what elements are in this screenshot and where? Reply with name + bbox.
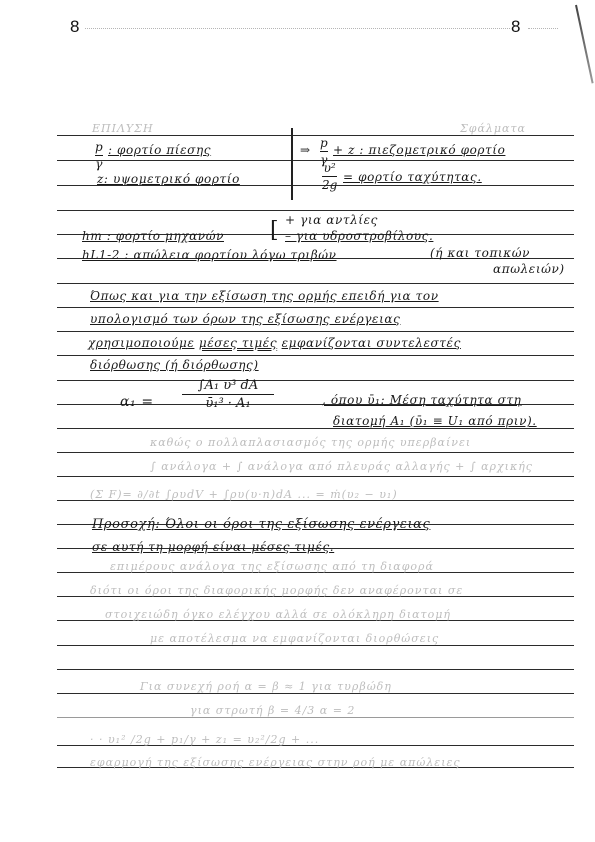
pressure-head-label: : φορτίο πίεσης xyxy=(108,143,211,157)
elevation-head-label: z: υψομετρικό φορτίο xyxy=(97,172,240,186)
bleed-through-text: · · υ₁² /2g + p₁/γ + z₁ = υ₂²/2g + ... xyxy=(90,733,319,746)
emphasis-mean-values: μέσες τιμές xyxy=(199,336,277,350)
local-loss-note-cont: απωλειών) xyxy=(493,262,565,276)
local-loss-note: (ή και τοπικών xyxy=(430,246,530,260)
paragraph-line: χρησιμοποιούμε μέσες τιμές εμφανίζονται … xyxy=(88,336,461,350)
friction-loss-label: hL1-2 : απώλεια φορτίου λόγω τριβών xyxy=(82,248,337,262)
bleed-through-text: με αποτέλεσμα να εμφανίζονται διορθώσεις xyxy=(150,632,439,645)
bleed-through-text: στοιχειώδη όγκο ελέγχου αλλά σε ολόκληρη… xyxy=(105,608,451,621)
header-dotted-line-right xyxy=(528,28,558,29)
bleed-through-text: ∫ ανάλογα + ∫ ανάλογα από πλευράς αλλαγή… xyxy=(150,460,533,473)
bleed-through-text: Για συνεχή ροή α = β ≈ 1 για τυρβώδη xyxy=(140,680,392,693)
pump-sign-note: + για αντλίες xyxy=(285,213,378,227)
velocity-head-label: = φορτίο ταχύτητας. xyxy=(343,170,482,184)
paragraph-line: Όπως και για την εξίσωση της ορμής επειδ… xyxy=(90,289,439,303)
sign-bracket: [ xyxy=(270,220,279,242)
brace-divider xyxy=(291,128,293,200)
bleed-through-text: για στρωτή β = 4/3 α = 2 xyxy=(190,704,355,717)
page-number-left: 8 xyxy=(70,17,79,37)
paragraph-line: διόρθωσης (ή διόρθωσης) xyxy=(90,358,259,372)
bleed-through-text: (Σ F)= ∂/∂t ∫ρυdV + ∫ρυ(υ·n)dA ... = ṁ(υ… xyxy=(90,488,398,501)
bleed-through-text: διότι οι όροι της διαφορικής μορφής δεν … xyxy=(90,584,463,597)
turbine-sign-note: – για υδροστροβίλους. xyxy=(285,229,433,243)
header-dotted-line xyxy=(85,28,510,29)
formula-where-line2: διατομή A₁ (ῡ₁ ≡ U₁ από πριν). xyxy=(333,414,537,428)
bleed-through-text: επιμέρους ανάλογα της εξίσωσης από τη δι… xyxy=(110,560,434,573)
paragraph-line: υπολογισμό των όρων της εξίσωσης ενέργει… xyxy=(90,312,400,326)
formula-where-line1: , όπου ῡ₁: Μέση ταχύτητα στη xyxy=(322,393,521,407)
pressure-head-symbol: p γ xyxy=(95,140,103,171)
machine-head-label: hm : φορτίο μηχανών xyxy=(82,229,224,243)
attention-note-line2: σε αυτή τη μορφή είναι μέσες τιμές. xyxy=(92,540,334,554)
page-number-right: 8 xyxy=(511,17,520,37)
implies-arrow: ⇒ xyxy=(300,143,311,157)
page-edge-mark xyxy=(575,5,594,84)
bleed-through-text: εφαρμογή της εξίσωσης ενέργειας στην ροή… xyxy=(90,756,461,769)
bleed-through-text: Σφάλματα xyxy=(460,122,526,135)
velocity-head-frac: υ² 2g xyxy=(322,161,337,192)
kinetic-correction-formula: ∫A₁ υ³ dA ῡ₁³ · A₁ xyxy=(182,378,274,411)
bleed-through-text: καθώς ο πολλαπλασιασμός της ορμής υπερβα… xyxy=(150,436,471,449)
piezometric-head-label: + z : πιεζομετρικό φορτίο xyxy=(333,143,505,157)
attention-note-line1: Προσοχή: Όλοι οι όροι της εξίσωσης ενέργ… xyxy=(92,517,430,532)
formula-lhs: α₁ = xyxy=(120,394,154,410)
bleed-through-text: ΕΠΙΛΥΣΗ xyxy=(92,122,154,135)
